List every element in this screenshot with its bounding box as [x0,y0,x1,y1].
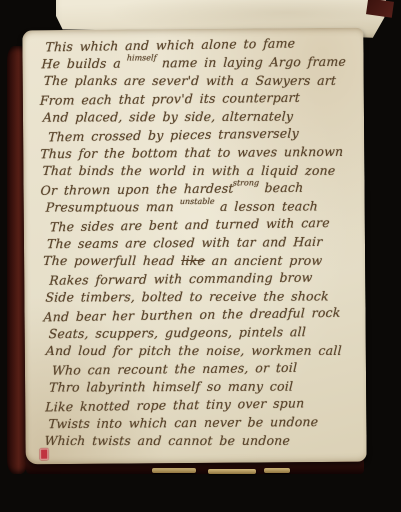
manuscript-line: And loud for pitch the noise, workmen ca… [45,342,358,360]
manuscript-line: The powerfull head like an ancient prow [43,252,358,270]
manuscript-segment: He builds a [41,56,128,72]
collection-stamp-icon [40,448,49,460]
manuscript-line: The planks are sever'd with a Sawyers ar… [43,72,356,90]
manuscript-segment: Which twists and cannot be undone [44,433,290,448]
manuscript-line: That binds the world in with a liquid zo… [42,162,357,180]
manuscript-segment: The powerfull head [43,253,182,268]
manuscript-segment: Side timbers, bolted to receive the shoc… [45,288,329,304]
manuscript-segment: This which and which alone to fame [45,35,295,54]
brass-clasp [208,469,256,474]
manuscript-line: Seats, scuppers, gudgeons, pintels all [48,323,358,343]
manuscript-segment: And placed, side by side, alternately [43,109,294,125]
manuscript-line: He builds a himself name in laying Argo … [41,53,356,74]
manuscript-segment: an ancient prow [205,253,323,268]
photograph-of-manuscript: { "scene": { "background_color": "#0b090… [0,0,401,512]
manuscript-segment: Them crossed by pieces transversely [48,125,299,144]
manuscript-page: This which and which alone to fameHe bui… [22,28,366,465]
manuscript-line: Which twists and cannot be undone [44,432,359,450]
manuscript-segment: name in laying Argo frame [155,54,346,71]
manuscript-segment: The sides are bent and turned with care [50,215,331,234]
manuscript-segment: Seats, scuppers, gudgeons, pintels all [48,324,306,341]
manuscript-strike-word: like [181,253,206,268]
manuscript-segment: And bear her burthen on the dreadful roc… [43,305,341,325]
manuscript-segment: Presumptuous man [45,199,181,215]
brass-clasp [152,468,196,473]
manuscript-segment: Rakes forward with commanding brow [49,270,313,288]
manuscript-line: Twists into which can never be undone [48,413,359,433]
manuscript-insert-word: unstable [179,193,215,211]
manuscript-text: This which and which alone to fameHe bui… [39,35,358,451]
brass-clasp [264,468,290,473]
manuscript-segment: That binds the world in with a liquid zo… [42,163,336,178]
manuscript-segment: Who can recount the names, or toil [52,360,298,378]
manuscript-segment: The seams are closed with tar and Hair [47,234,323,251]
manuscript-insert-word: himself [126,49,156,67]
manuscript-segment: Thus for the bottom that to waves unknow… [40,144,344,161]
manuscript-line: The seams are closed with tar and Hair [47,233,358,253]
manuscript-segment: Like knotted rope that tiny over spun [45,395,305,414]
manuscript-segment: From each that prov'd its counterpart [40,90,301,108]
manuscript-segment: The planks are sever'd with a Sawyers ar… [43,73,336,88]
manuscript-segment: beach [258,180,304,196]
manuscript-segment: And loud for pitch the noise, workmen ca… [45,343,342,358]
manuscript-segment: Twists into which can never be undone [48,414,319,431]
manuscript-segment: Thro labyrinth himself so many coil [49,379,294,395]
manuscript-segment: a lesson teach [213,198,318,213]
manuscript-line: Thus for the bottom that to waves unknow… [40,143,357,164]
manuscript-insert-word: strong [232,174,259,192]
